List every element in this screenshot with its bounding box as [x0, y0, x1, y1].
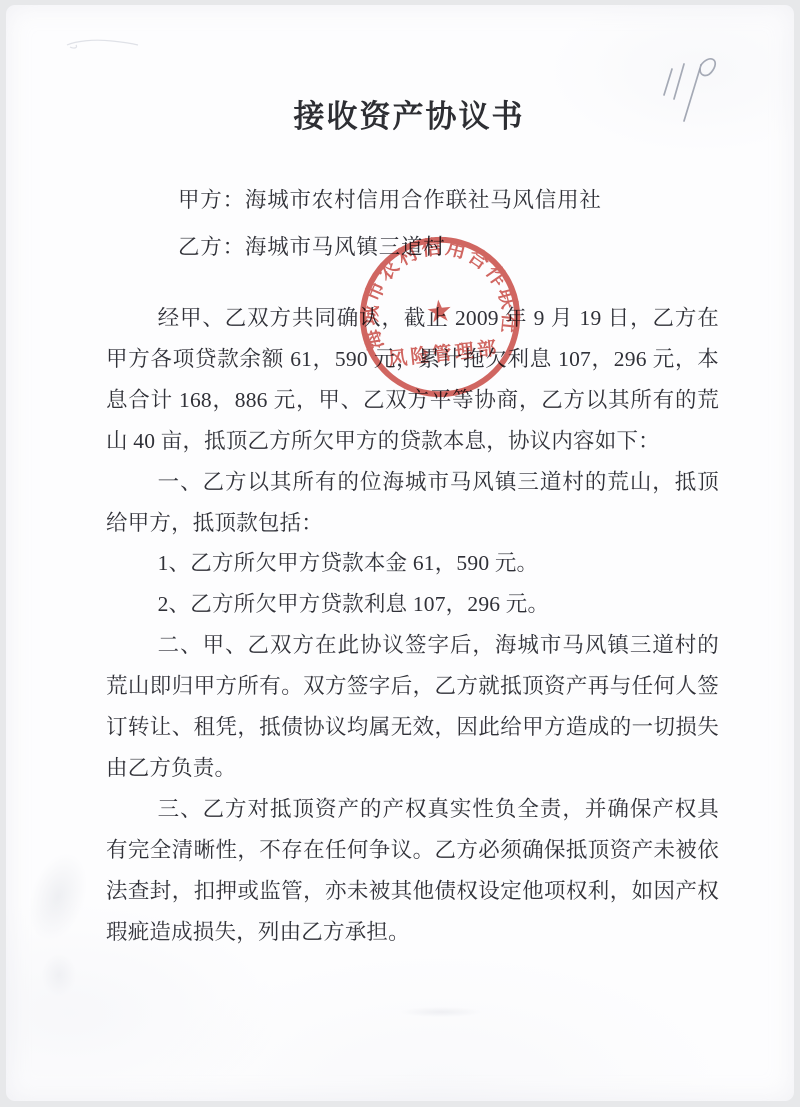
paragraph-clause-1-1: 1、乙方所欠甲方贷款本金 61，590 元。 [106, 543, 719, 584]
paragraph-clause-3: 三、乙方对抵顶资产的产权真实性负全责，并确保产权具有完全清晰性，不存在任何争议。… [106, 789, 719, 953]
paragraph-clause-1: 一、乙方以其所有的位海城市马风镇三道村的荒山，抵顶给甲方，抵顶款包括： [106, 462, 719, 544]
paragraph-clause-2: 二、甲、乙双方在此协议签字后，海城市马风镇三道村的荒山即归甲方所有。双方签字后，… [106, 625, 719, 789]
paragraph-preamble: 经甲、乙双方共同确认，截止 2009 年 9 月 19 日，乙方在甲方各项贷款余… [106, 298, 719, 462]
scan-smudge-left-edge-2 [36, 945, 82, 1005]
paragraph-clause-1-2: 2、乙方所欠甲方贷款利息 107，296 元。 [106, 584, 719, 625]
scan-smudge-left-edge [6, 829, 111, 965]
document-page: 接收资产协议书 甲方：海城市农村信用合作联社马风信用社 乙方：海城市马风镇三道村… [6, 5, 794, 1101]
agreement-body: 经甲、乙双方共同确认，截止 2009 年 9 月 19 日，乙方在甲方各项贷款余… [106, 298, 719, 953]
scan-smudge-bottom [386, 1005, 496, 1019]
document-title: 接收资产协议书 [15, 91, 794, 136]
scan-smudge-top-left [64, 33, 144, 53]
scanned-document-screenshot: { "document": { "title": "接收资产协议书", "par… [0, 0, 800, 1107]
party-b-line: 乙方：海城市马风镇三道村 [178, 224, 602, 271]
parties-block: 甲方：海城市农村信用合作联社马风信用社 乙方：海城市马风镇三道村 [178, 177, 602, 271]
party-a-line: 甲方：海城市农村信用合作联社马风信用社 [178, 177, 602, 224]
